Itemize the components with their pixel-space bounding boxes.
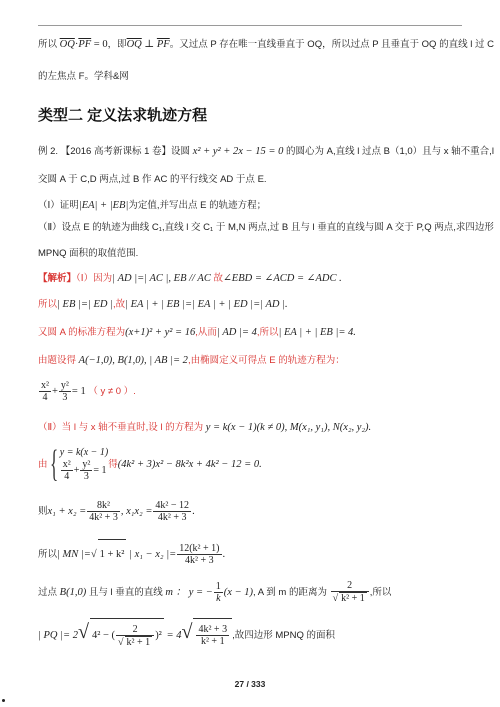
text: , A 到 m 的距离为 <box>253 587 327 598</box>
vieta-line: 则x₁ + x₂ =8k²4k² + 3, x₁x₂ =4k² − 124k² … <box>38 497 195 527</box>
text: 所以 <box>38 299 57 310</box>
header-rule <box>38 25 462 26</box>
condition: （ y ≠ 0 ）. <box>88 386 135 397</box>
math: y = k(x − 1)(k ≠ 0), M(x₁, y₁), N(x₂, y₂… <box>206 422 371 433</box>
pq-line: | PQ |= 2√4² − (2√k² + 1)² = 4√4k² + 3k²… <box>38 615 335 653</box>
math: A(−1,0), B(1,0), | AB |= 2 <box>79 355 188 366</box>
fraction: 2√k² + 1 <box>331 580 369 604</box>
solution-part-2-line: （Ⅱ）当 l 与 x 轴不垂直时,设 l 的方程为 y = k(x − 1)(k… <box>38 421 371 435</box>
circle-equation: x² + y² + 2x − 15 = 0 <box>193 146 284 157</box>
vector-pf: PF <box>78 39 91 50</box>
text: 为定值,并写出点 E 的轨迹方程； <box>128 200 266 211</box>
sqrt: 4k² + 3k² + 1 <box>193 618 232 653</box>
text: ,所以 <box>257 327 279 338</box>
math: | EA | + | EB |=| EA | + | ED |=| AD |. <box>125 299 288 310</box>
fraction: 4k² − 124k² + 3 <box>153 500 191 523</box>
page-number: 27 / 333 <box>0 679 500 689</box>
math: | AD |=| AC |, EB // AC <box>112 273 211 284</box>
math: , x₁x₂ = <box>121 506 153 517</box>
fraction: 1k <box>214 581 223 604</box>
math: ∠EBD = ∠ACD = ∠ADC . <box>223 273 342 284</box>
solution-label: 【解析】 <box>38 273 76 284</box>
text: 设圆 <box>171 146 190 157</box>
fraction: 12(k² + 1)4k² + 3 <box>177 543 221 566</box>
text: 由 <box>38 459 48 470</box>
text: 的圆心为 A,直线 l 过点 B（1,0）且与 x 轴不重合,l <box>286 146 494 157</box>
math: (x+1)² + y² = 16 <box>125 327 195 338</box>
text: 得 <box>108 459 118 470</box>
math: | MN |= <box>57 549 91 560</box>
fraction: x²4 <box>39 380 51 403</box>
system-equations: 由{ y = k(x − 1) x²4+y²3= 1 得(4k² + 3)x² … <box>38 443 262 487</box>
intro-line-2: 的左焦点 F。学科&网 <box>38 70 129 84</box>
fraction: 8k²4k² + 3 <box>87 500 120 523</box>
math: | x₁ − x₂ |= <box>129 549 176 560</box>
text: ,故 <box>113 299 125 310</box>
sqrt: 4² − (2√k² + 1)² <box>90 618 164 653</box>
math: |EA| + |EB| <box>79 200 129 211</box>
solution-line-3: 又圆 A 的标准方程为(x+1)² + y² = 16,从而| AD |= 4,… <box>38 326 356 340</box>
math: (4k² + 3)x² − 8k²x + 4k² − 12 = 0. <box>118 459 262 470</box>
text: 由题设得 <box>38 355 76 366</box>
math: B(1,0) <box>60 587 87 598</box>
text: （Ⅰ）证明 <box>38 200 79 211</box>
math: = 0 <box>91 39 107 50</box>
vector-oq: OQ <box>60 39 75 50</box>
sqrt: 1 + k² <box>98 539 127 570</box>
ellipse-equation: x²4+y²3= 1 （ y ≠ 0 ）. <box>38 380 136 404</box>
math: | EB |=| ED | <box>57 299 113 310</box>
perp-symbol: ⊥ <box>142 39 157 50</box>
text: 故 <box>213 273 223 284</box>
math: x₁ + x₂ = <box>48 506 87 517</box>
math: m ： y = − <box>165 587 212 598</box>
math: | EA | + | EB |= 4. <box>278 327 355 338</box>
example-label: 例 2. <box>38 146 58 157</box>
brace: { <box>50 445 58 483</box>
text: ，即 <box>108 39 127 50</box>
example-source: 【2016 高考新课标 1 卷】 <box>61 146 171 157</box>
math: (x − 1) <box>224 587 253 598</box>
text: （Ⅰ）因为 <box>76 273 112 284</box>
math: = 1 <box>72 386 86 397</box>
text: 所以 <box>38 39 57 50</box>
text: 所以 <box>38 549 57 560</box>
bullet-dot <box>2 699 5 702</box>
math: | AD |= 4 <box>217 327 257 338</box>
text: 且与 l 垂直的直线 <box>89 587 163 598</box>
section-title: 类型二 定义法求轨迹方程 <box>38 104 207 125</box>
text: ,所以 <box>370 587 392 598</box>
mn-line: 所以| MN |=√1 + k² | x₁ − x₂ |=12(k² + 1)4… <box>38 539 225 570</box>
example-line-2: 交圆 A 于 C,D 两点,过 B 作 AC 的平行线交 AD 于点 E. <box>38 173 267 187</box>
fraction: y²3 <box>59 380 71 403</box>
text: 过点 <box>38 587 57 598</box>
solution-line-1: 【解析】（Ⅰ）因为| AD |=| AC |, EB // AC 故∠EBD =… <box>38 272 342 286</box>
intro-line-1: 所以 OQ·PF = 0，即OQ ⊥ PF。又过点 P 存在唯一直线垂直于 OQ… <box>38 38 494 52</box>
line-m: 过点 B(1,0) 且与 l 垂直的直线 m ： y = −1k(x − 1),… <box>38 578 391 608</box>
vector-oq: OQ <box>127 39 142 50</box>
math: = 4 <box>166 630 181 641</box>
example-part-2-line-2: MPNQ 面积的取值范围. <box>38 247 138 261</box>
text: ,从而 <box>195 327 217 338</box>
system: y = k(x − 1) x²4+y²3= 1 <box>60 447 108 482</box>
text: ,由椭圆定义可得点 E 的轨迹方程为： <box>188 355 345 366</box>
vector-pf: PF <box>157 39 170 50</box>
text: ,故四边形 MPNQ 的面积 <box>232 630 335 641</box>
example-part-2-line-1: （Ⅱ）设点 E 的轨迹为曲线 C₁,直线 l 交 C₁ 于 M,N 两点,过 B… <box>38 221 494 235</box>
text: 又圆 A 的标准方程为 <box>38 327 125 338</box>
math: | PQ |= 2 <box>38 630 78 641</box>
example-part-1: （Ⅰ）证明|EA| + |EB|为定值,并写出点 E 的轨迹方程； <box>38 199 266 213</box>
text: 。又过点 P 存在唯一直线垂直于 OQ，所以过点 P 且垂直于 OQ 的直线 l… <box>170 39 494 50</box>
system-eq-2: x²4+y²3= 1 <box>60 459 108 482</box>
solution-line-4: 由题设得 A(−1,0), B(1,0), | AB |= 2,由椭圆定义可得点… <box>38 354 345 368</box>
system-eq-1: y = k(x − 1) <box>60 447 108 459</box>
solution-line-2: 所以| EB |=| ED |,故| EA | + | EB |=| EA | … <box>38 298 288 312</box>
example-line-1: 例 2. 【2016 高考新课标 1 卷】设圆 x² + y² + 2x − 1… <box>38 145 494 159</box>
text: 则 <box>38 506 48 517</box>
text: （Ⅱ）当 l 与 x 轴不垂直时,设 l 的方程为 <box>38 422 203 433</box>
